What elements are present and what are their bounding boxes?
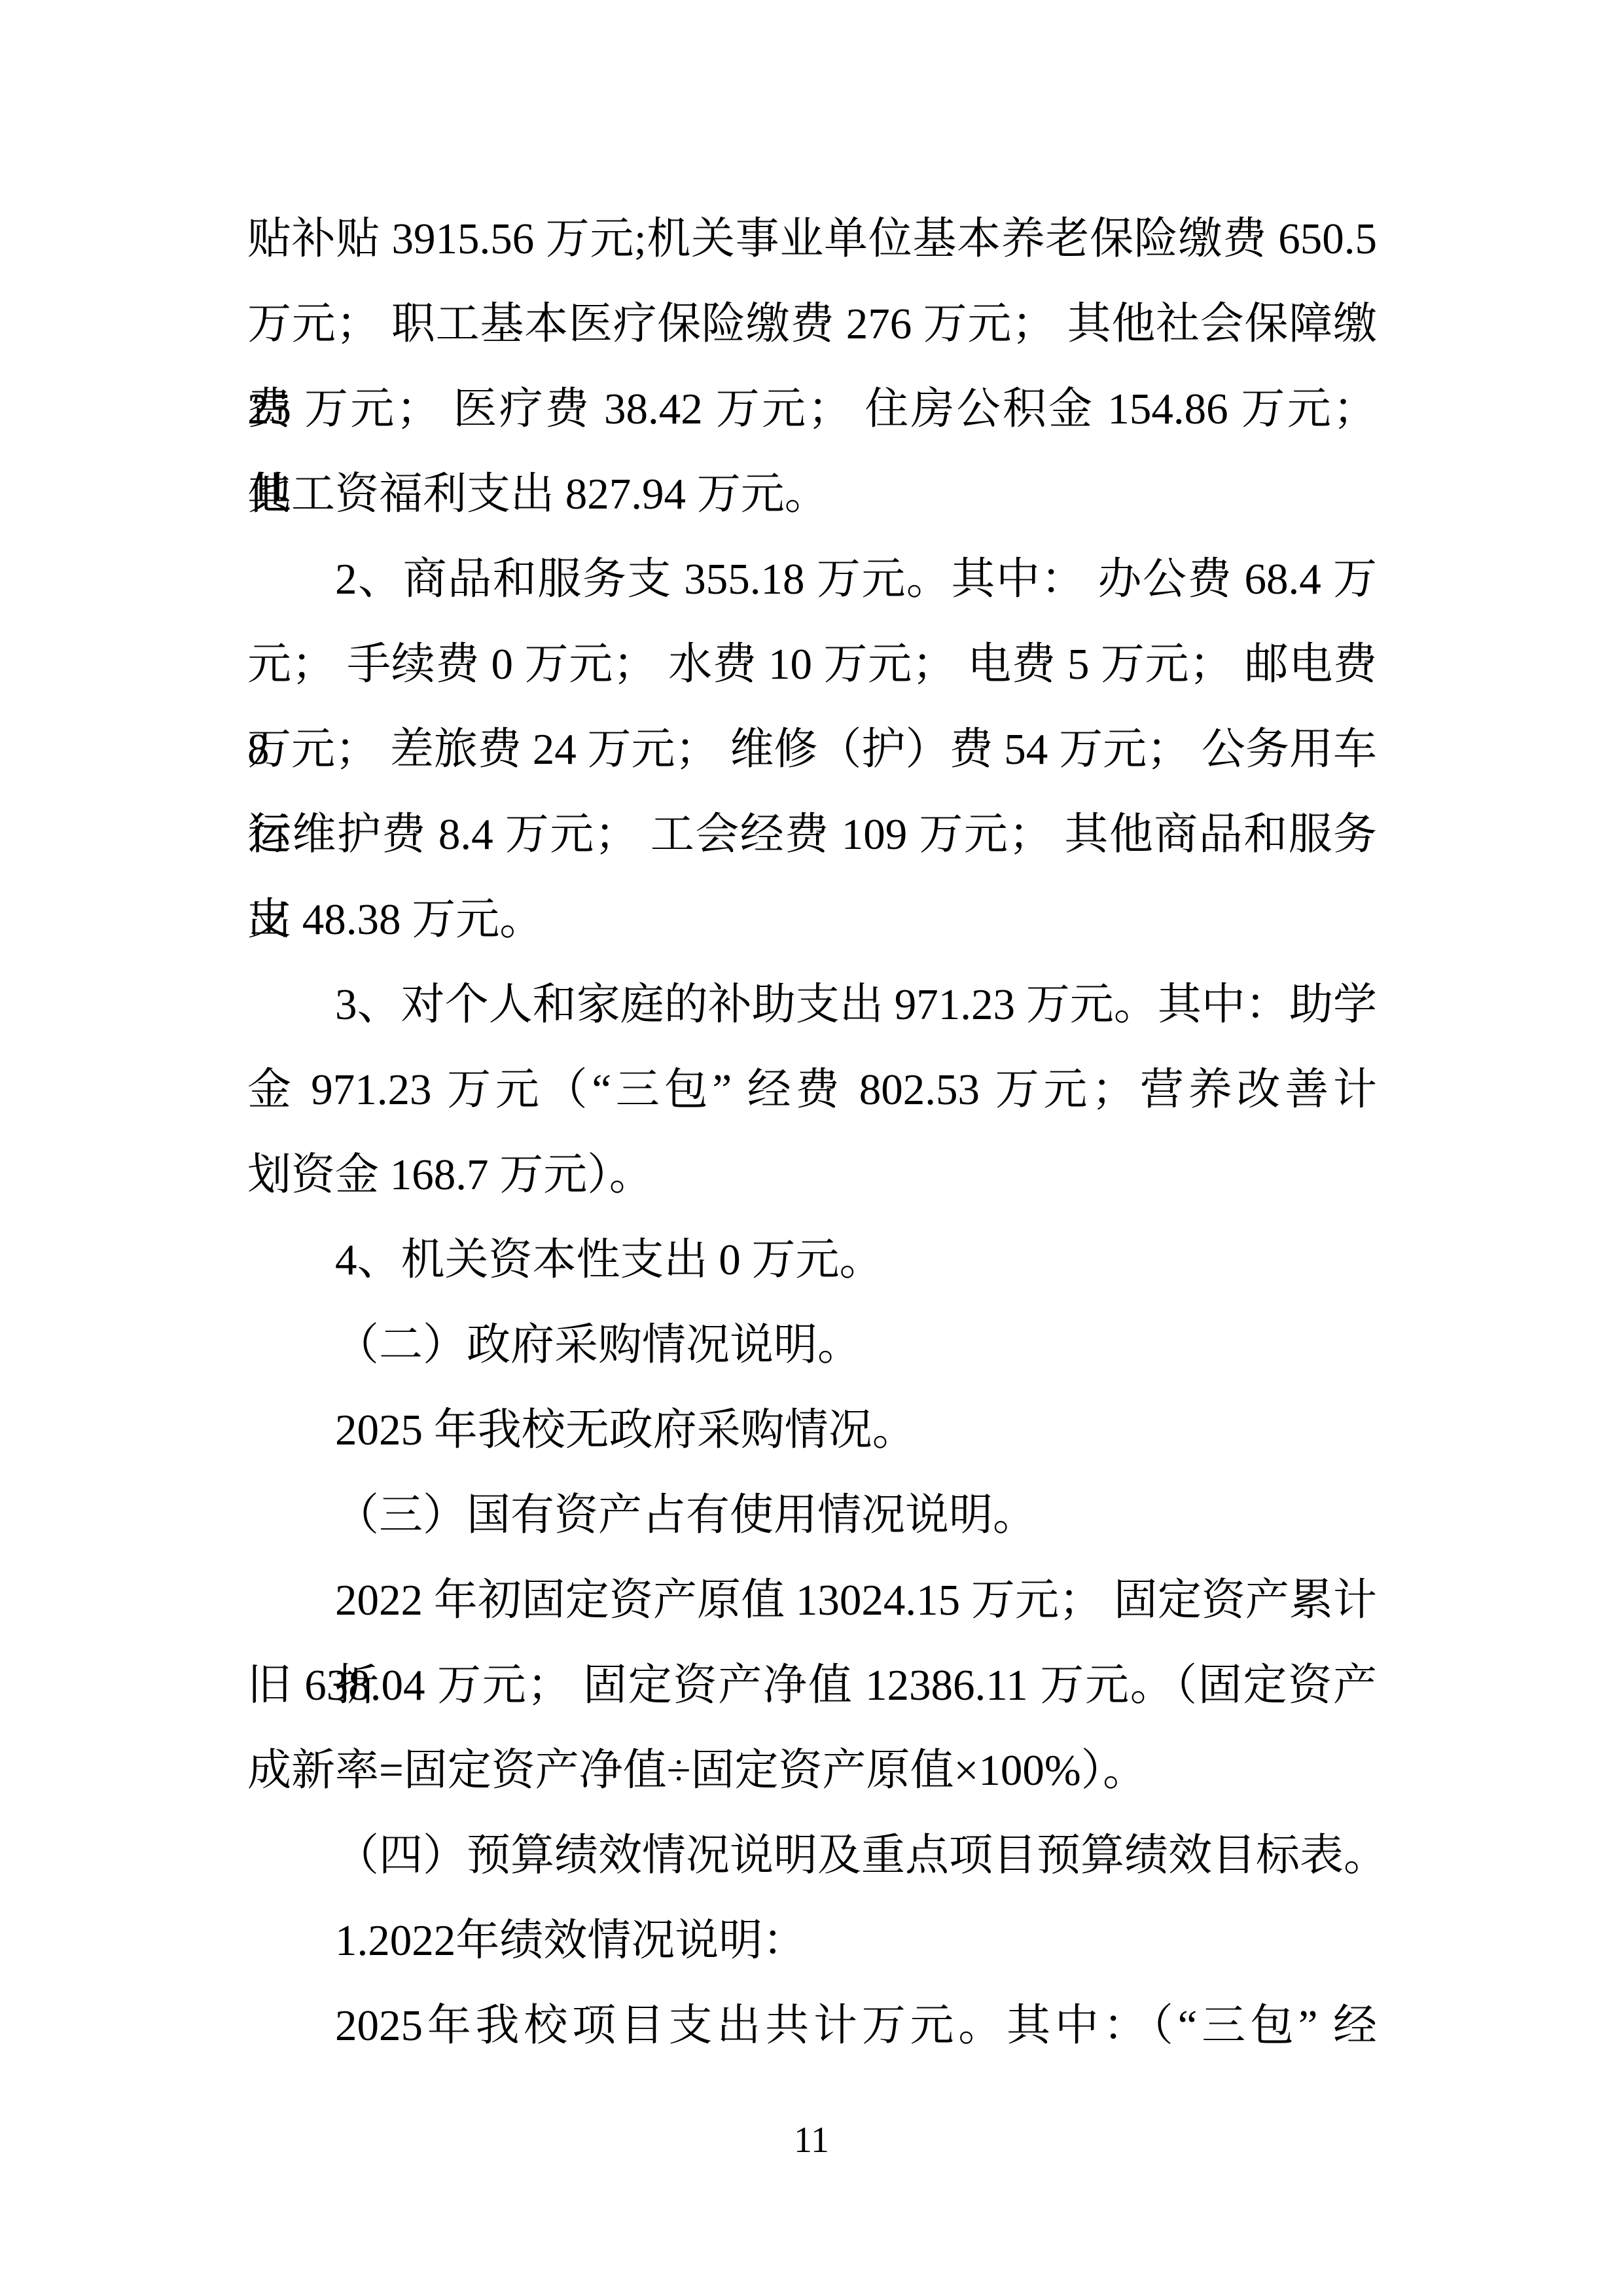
text-line: 行维护费 8.4 万元； 工会经费 109 万元； 其他商品和服务支 [247, 792, 1377, 877]
text-line: 成新率=固定资产净值÷固定资产原值×100%）。 [247, 1728, 1377, 1813]
text-line: 万元； 差旅费 24 万元； 维修（护）费 54 万元； 公务用车运 [247, 707, 1377, 792]
text-line: 元； 手续费 0 万元； 水费 10 万元； 电费 5 万元； 邮电费 8 [247, 622, 1377, 707]
text-line: （四）预算绩效情况说明及重点项目预算绩效目标表。 [247, 1813, 1377, 1898]
document-page: 贴补贴 3915.56 万元;机关事业单位基本养老保险缴费 650.5 万元； … [0, 0, 1623, 2296]
text-line: 1.2022年绩效情况说明： [247, 1898, 1377, 1983]
text-line: 金 971.23 万元（“三包” 经费 802.53 万元；营养改善计 [247, 1047, 1377, 1132]
page-number: 11 [0, 2114, 1623, 2166]
text-line: 旧 638.04 万元； 固定资产净值 12386.11 万元。（固定资产 [247, 1643, 1377, 1728]
text-line: 3、对个人和家庭的补助支出 971.23 万元。其中：助学 [247, 962, 1377, 1047]
text-line: （三）国有资产占有使用情况说明。 [247, 1473, 1377, 1558]
document-body: 贴补贴 3915.56 万元;机关事业单位基本养老保险缴费 650.5 万元； … [247, 196, 1377, 2068]
text-line: （二）政府采购情况说明。 [247, 1302, 1377, 1388]
text-line: 2025 年我校无政府采购情况。 [247, 1388, 1377, 1473]
text-line: 万元； 职工基本医疗保险缴费 276 万元； 其他社会保障缴费 [247, 281, 1377, 367]
text-line: 2025年我校项目支出共计万元。其中：（“三包” 经 [247, 1983, 1377, 2068]
text-line: 出 48.38 万元。 [247, 877, 1377, 962]
text-line: 他工资福利支出 827.94 万元。 [247, 452, 1377, 537]
text-line: 25 万元； 医疗费 38.42 万元； 住房公积金 154.86 万元； 其 [247, 367, 1377, 452]
text-line: 划资金 168.7 万元）。 [247, 1132, 1377, 1217]
text-line: 2022 年初固定资产原值 13024.15 万元； 固定资产累计折 [247, 1558, 1377, 1643]
text-line: 贴补贴 3915.56 万元;机关事业单位基本养老保险缴费 650.5 [247, 196, 1377, 281]
text-line: 2、商品和服务支 355.18 万元。其中： 办公费 68.4 万 [247, 537, 1377, 622]
text-line: 4、机关资本性支出 0 万元。 [247, 1217, 1377, 1302]
